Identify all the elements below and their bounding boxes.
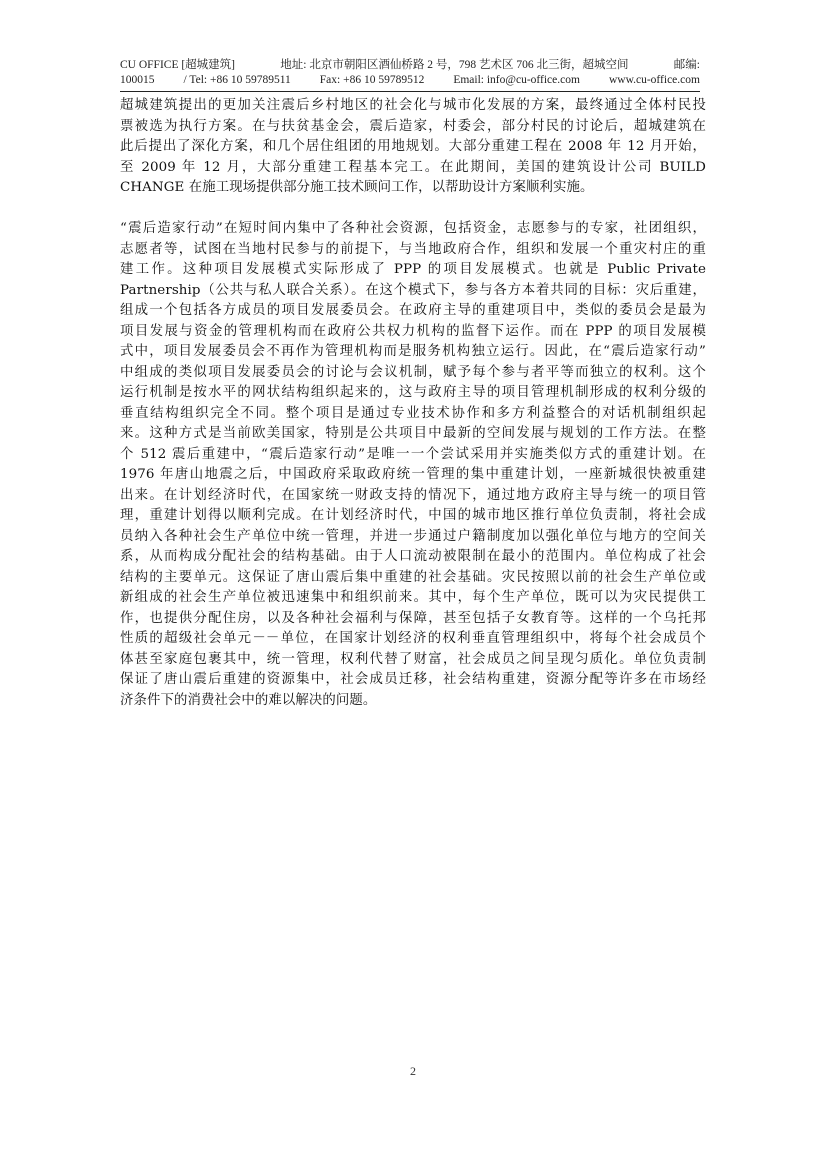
header-line-2: 100015 / Tel: +86 10 59789511 Fax: +86 1… bbox=[120, 73, 700, 88]
text-line: 保证了唐山震后重建的资源集中，社会成员迁移，社会结构重建，资源分配等许多在市场经 bbox=[120, 670, 706, 691]
text-line: 志愿者等，试图在当地村民参与的前提下，与当地政府合作，组织和发展一个重灾村庄的重 bbox=[120, 240, 706, 261]
text-line: 新组成的社会生产单位被迅速集中和组织前来。其中，每个生产单位，既可以为灾民提供工 bbox=[120, 588, 706, 609]
postcode: 100015 bbox=[120, 73, 155, 88]
text-line: 理，重建计划得以顺利完成。在计划经济时代，中国的城市地区推行单位负责制，将社会成 bbox=[120, 506, 706, 527]
text-line: 式中，项目发展委员会不再作为管理机构而是服务机构独立运行。因此，在“震后造家行动… bbox=[120, 342, 706, 363]
paragraph-2: “震后造家行动”在短时间内集中了各种社会资源，包括资金，志愿参与的专家，社团组织… bbox=[120, 219, 706, 711]
text-line: 体甚至家庭包裹其中，统一管理，权利代替了财富，社会成员之间呈现匀质化。单位负责制 bbox=[120, 650, 706, 671]
header-divider bbox=[120, 91, 700, 92]
text-line: 结构的主要单元。这保证了唐山震后集中重建的社会基础。灾民按照以前的社会生产单位或 bbox=[120, 568, 706, 589]
fax: Fax: +86 10 59789512 bbox=[320, 73, 425, 88]
paragraph-1: 超城建筑提出的更加关注震后乡村地区的社会化与城市化发展的方案，最终通过全体村民投… bbox=[120, 96, 706, 199]
postcode-label: 邮编: bbox=[674, 58, 700, 73]
page-number: 2 bbox=[0, 1064, 826, 1079]
text-line: 出来。在计划经济时代，在国家统一财政支持的情况下，通过地方政府主导与统一的项目管 bbox=[120, 486, 706, 507]
text-line: 性质的超级社会单元－－单位，在国家计划经济的权利垂直管理组织中，将每个社会成员个 bbox=[120, 629, 706, 650]
telephone: / Tel: +86 10 59789511 bbox=[184, 73, 291, 88]
text-line: 运行机制是按水平的网状结构组织起来的，这与政府主导的项目管理机制形成的权利分级的 bbox=[120, 383, 706, 404]
text-line: 项目发展与资金的管理机构而在政府公共权力机构的监督下运作。而在 PPP 的项目发… bbox=[120, 322, 706, 343]
page-header: CU OFFICE [超城建筑] 地址: 北京市朝阳区酒仙桥路 2 号，798 … bbox=[120, 58, 700, 88]
company-name: CU OFFICE [超城建筑] bbox=[120, 58, 235, 73]
text-line: 票被选为执行方案。在与扶贫基金会，震后造家，村委会，部分村民的讨论后，超城建筑在 bbox=[120, 117, 706, 138]
text-line: 员纳入各种社会生产单位中统一管理，并进一步通过户籍制度加以强化单位与地方的空间关 bbox=[120, 527, 706, 548]
paragraph-gap bbox=[120, 199, 706, 220]
text-line: 作，也提供分配住房，以及各种社会福利与保障，甚至包括子女教育等。这样的一个乌托邦 bbox=[120, 609, 706, 630]
text-line: 此后提出了深化方案，和几个居住组团的用地规划。大部分重建工程在 2008 年 1… bbox=[120, 137, 706, 158]
text-line: CHANGE 在施工现场提供部分施工技术顾问工作，以帮助设计方案顺利实施。 bbox=[120, 178, 706, 199]
text-line: “震后造家行动”在短时间内集中了各种社会资源，包括资金，志愿参与的专家，社团组织… bbox=[120, 219, 706, 240]
document-body: 超城建筑提出的更加关注震后乡村地区的社会化与城市化发展的方案，最终通过全体村民投… bbox=[120, 96, 706, 711]
header-line-1: CU OFFICE [超城建筑] 地址: 北京市朝阳区酒仙桥路 2 号，798 … bbox=[120, 58, 700, 73]
text-line: Partnership（公共与私人联合关系）。在这个模式下，参与各方本着共同的目… bbox=[120, 281, 706, 302]
text-line: 中组成的类似项目发展委员会的讨论与会议机制，赋予每个参与者平等而独立的权利。这个 bbox=[120, 363, 706, 384]
email: Email: info@cu-office.com bbox=[453, 73, 580, 88]
address: 地址: 北京市朝阳区酒仙桥路 2 号，798 艺术区 706 北三街，超城空间 bbox=[280, 58, 628, 73]
text-line: 组成一个包括各方成员的项目发展委员会。在政府主导的重建项目中，类似的委员会是最为 bbox=[120, 301, 706, 322]
text-line: 济条件下的消费社会中的难以解决的问题。 bbox=[120, 691, 706, 712]
text-line: 个 512 震后重建中，“震后造家行动”是唯一一个尝试采用并实施类似方式的重建计… bbox=[120, 445, 706, 466]
text-line: 至 2009 年 12 月，大部分重建工程基本完工。在此期间，美国的建筑设计公司… bbox=[120, 158, 706, 179]
website: www.cu-office.com bbox=[609, 73, 700, 88]
text-line: 垂直结构组织完全不同。整个项目是通过专业技术协作和多方利益整合的对话机制组织起 bbox=[120, 404, 706, 425]
text-line: 1976 年唐山地震之后，中国政府采取政府统一管理的集中重建计划，一座新城很快被… bbox=[120, 465, 706, 486]
text-line: 系，从而构成分配社会的结构基础。由于人口流动被限制在最小的范围内。单位构成了社会 bbox=[120, 547, 706, 568]
text-line: 超城建筑提出的更加关注震后乡村地区的社会化与城市化发展的方案，最终通过全体村民投 bbox=[120, 96, 706, 117]
text-line: 建工作。这种项目发展模式实际形成了 PPP 的项目发展模式。也就是 Public… bbox=[120, 260, 706, 281]
text-line: 来。这种方式是当前欧美国家，特别是公共项目中最新的空间发展与规划的工作方法。在整 bbox=[120, 424, 706, 445]
